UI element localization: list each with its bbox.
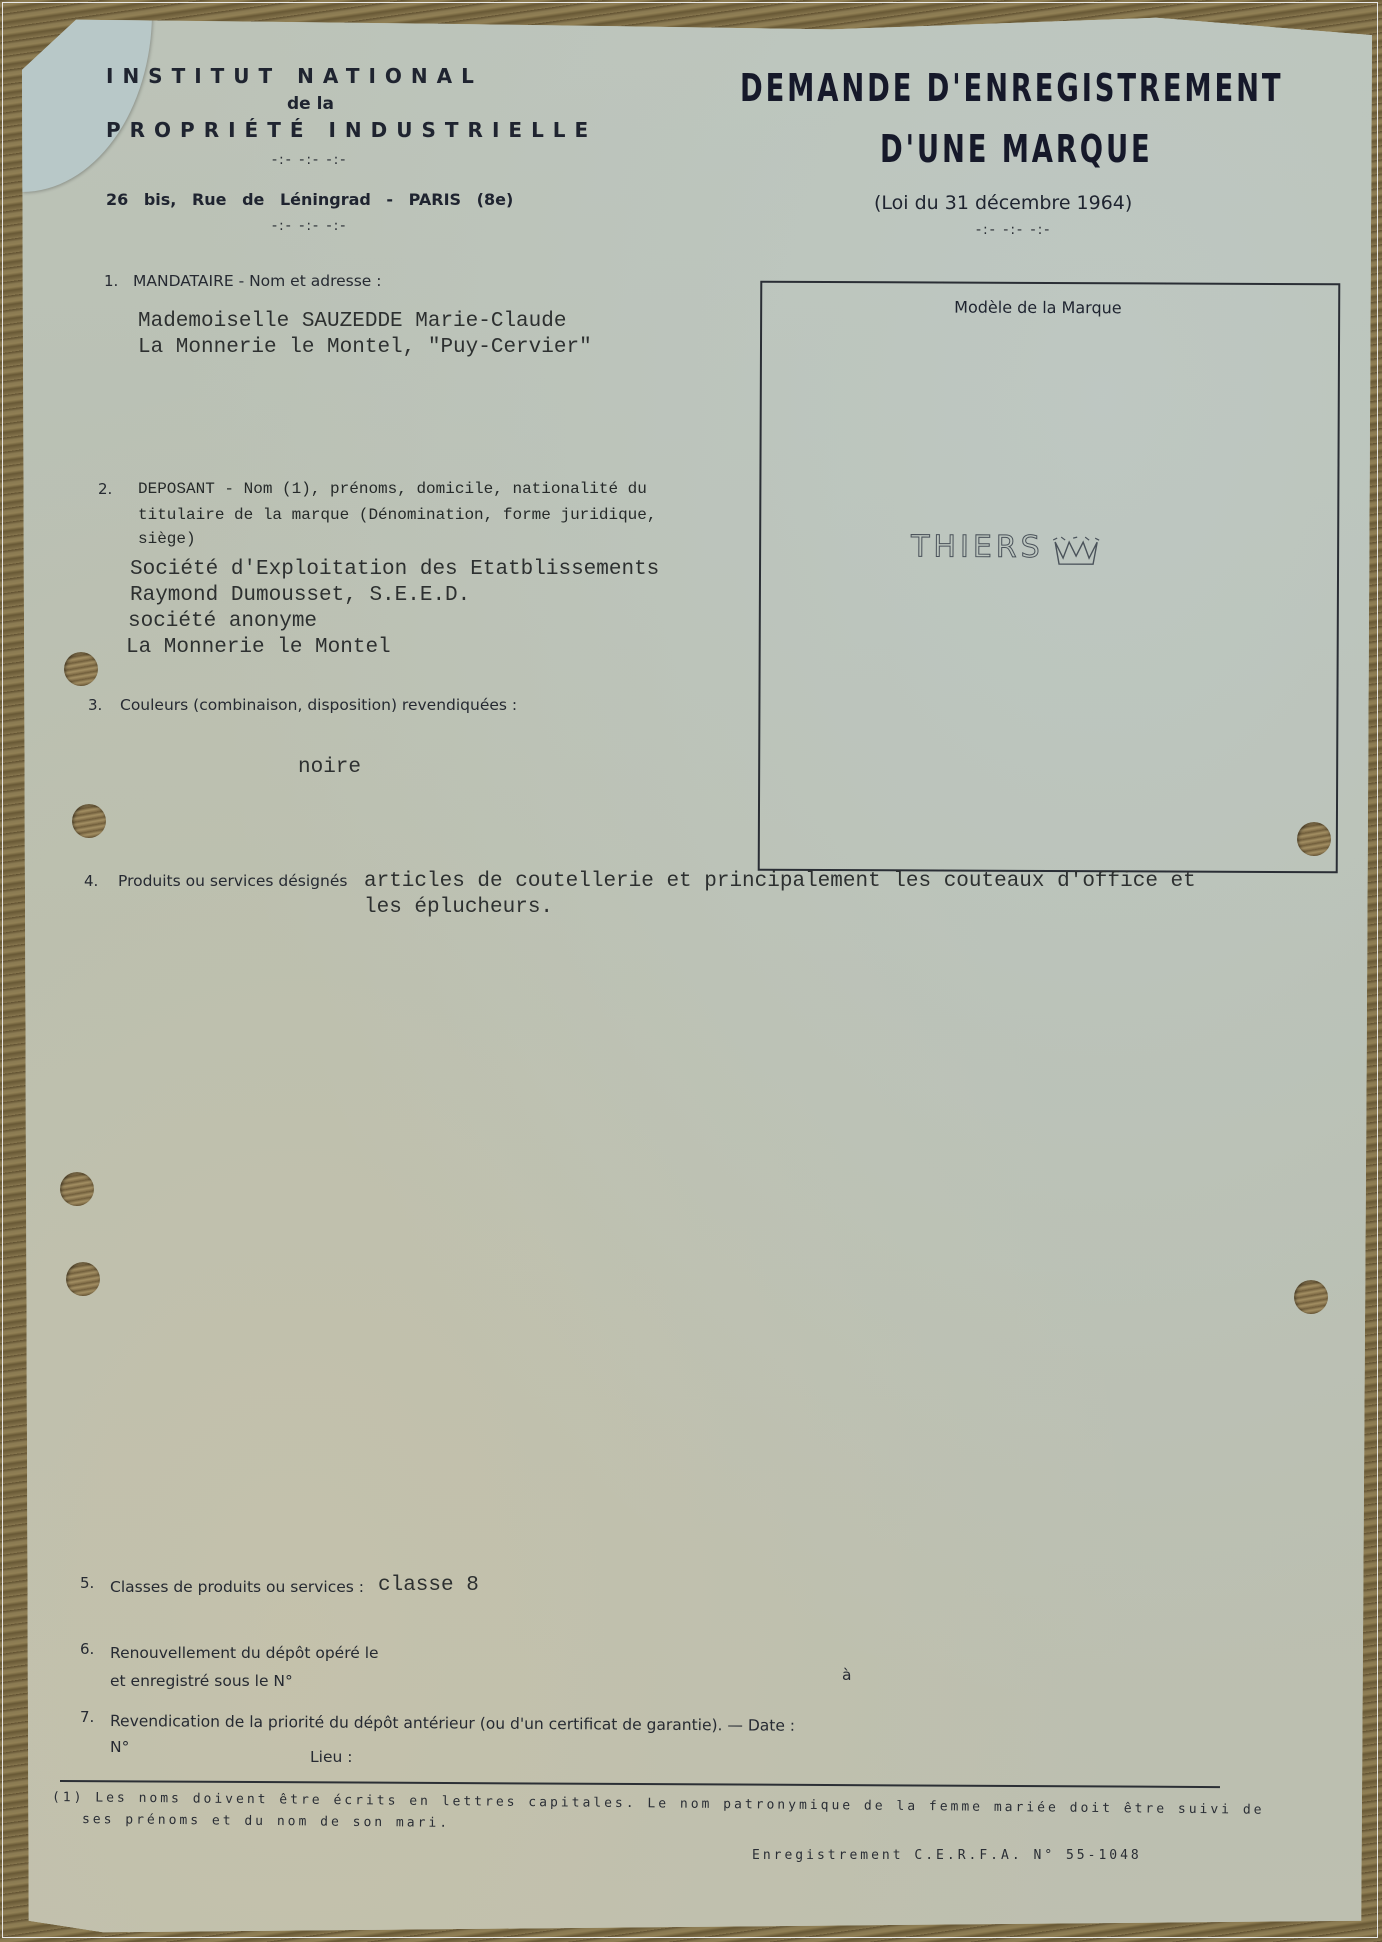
section-7-label: Revendication de la priorité du dépôt an… bbox=[110, 1712, 795, 1735]
section-7-number: 7. bbox=[80, 1708, 94, 1726]
ornament: -:- -:- -:- bbox=[272, 218, 347, 234]
footnote-line2: ses prénoms et du nom de son mari. bbox=[82, 1812, 450, 1831]
section-1-number: 1. bbox=[104, 272, 118, 290]
section-2-label-line3: siège) bbox=[138, 530, 196, 548]
institute-name-line2: de la bbox=[287, 94, 334, 114]
section-5-number: 5. bbox=[80, 1574, 94, 1592]
section-7-place-label: Lieu : bbox=[310, 1748, 352, 1766]
section-6-label-line1: Renouvellement du dépôt opéré le bbox=[110, 1644, 379, 1662]
deposant-legal-form: société anonyme bbox=[128, 610, 317, 633]
punch-hole bbox=[64, 652, 98, 686]
section-6-label-line2: et enregistré sous le N° bbox=[110, 1672, 293, 1690]
ornament: -:- -:- -:- bbox=[272, 152, 347, 168]
mandataire-address: La Monnerie le Montel, "Puy-Cervier" bbox=[138, 336, 592, 359]
section-4-number: 4. bbox=[84, 872, 98, 890]
mark-text: THIERS bbox=[911, 529, 1044, 565]
law-reference: (Loi du 31 décembre 1964) bbox=[874, 192, 1132, 214]
form-title-line1: DEMANDE D'ENREGISTREMENT bbox=[740, 66, 1283, 110]
section-6-number: 6. bbox=[80, 1640, 94, 1658]
institute-name-line1: INSTITUT NATIONAL bbox=[106, 64, 483, 88]
ornament: -:- -:- -:- bbox=[976, 222, 1051, 238]
cerfa-registration: Enregistrement C.E.R.F.A. N° 55-1048 bbox=[752, 1848, 1142, 1863]
section-6-a-marker: à bbox=[842, 1666, 852, 1684]
mark-model-title: Modèle de la Marque bbox=[954, 298, 1122, 318]
designated-products-line1: articles de coutellerie et principalemen… bbox=[364, 870, 1196, 893]
mark-specimen: THIERS bbox=[911, 529, 1103, 571]
deposant-seat: La Monnerie le Montel bbox=[126, 636, 391, 659]
punch-hole bbox=[72, 804, 106, 838]
section-3-number: 3. bbox=[88, 696, 102, 714]
punch-hole bbox=[1294, 1280, 1328, 1314]
designated-products-line2: les éplucheurs. bbox=[364, 896, 553, 919]
deposant-name-line2: Raymond Dumousset, S.E.E.D. bbox=[130, 584, 470, 607]
institute-address: 26 bis, Rue de Léningrad - PARIS (8e) bbox=[106, 190, 513, 209]
section-1-label: MANDATAIRE - Nom et adresse : bbox=[133, 272, 381, 290]
product-class: classe 8 bbox=[378, 1574, 479, 1597]
section-2-number: 2. bbox=[98, 480, 112, 498]
section-3-label: Couleurs (combinaison, disposition) reve… bbox=[120, 696, 517, 714]
claimed-colors: noire bbox=[298, 756, 361, 779]
section-7-number-label: N° bbox=[110, 1738, 129, 1756]
footer-rule bbox=[60, 1780, 1220, 1788]
section-2-label-line2: titulaire de la marque (Dénomination, fo… bbox=[138, 506, 656, 524]
torn-paper-corner bbox=[22, 12, 152, 192]
deposant-name-line1: Société d'Exploitation des Etatblissemen… bbox=[130, 558, 659, 581]
section-5-label: Classes de produits ou services : bbox=[110, 1578, 364, 1596]
punch-hole bbox=[60, 1172, 94, 1206]
mark-model-box: Modèle de la Marque THIERS bbox=[758, 281, 1341, 874]
form-title-line2: D'UNE MARQUE bbox=[880, 127, 1153, 171]
form-sheet: INSTITUT NATIONAL de la PROPRIÉTÉ INDUST… bbox=[22, 12, 1372, 1940]
crown-icon bbox=[1049, 533, 1103, 571]
section-2-label-line1: DEPOSANT - Nom (1), prénoms, domicile, n… bbox=[138, 480, 647, 498]
mandataire-name: Mademoiselle SAUZEDDE Marie-Claude bbox=[138, 310, 566, 333]
institute-name-line3: PROPRIÉTÉ INDUSTRIELLE bbox=[106, 118, 597, 142]
punch-hole bbox=[66, 1262, 100, 1296]
section-4-label: Produits ou services désignés bbox=[118, 872, 347, 890]
